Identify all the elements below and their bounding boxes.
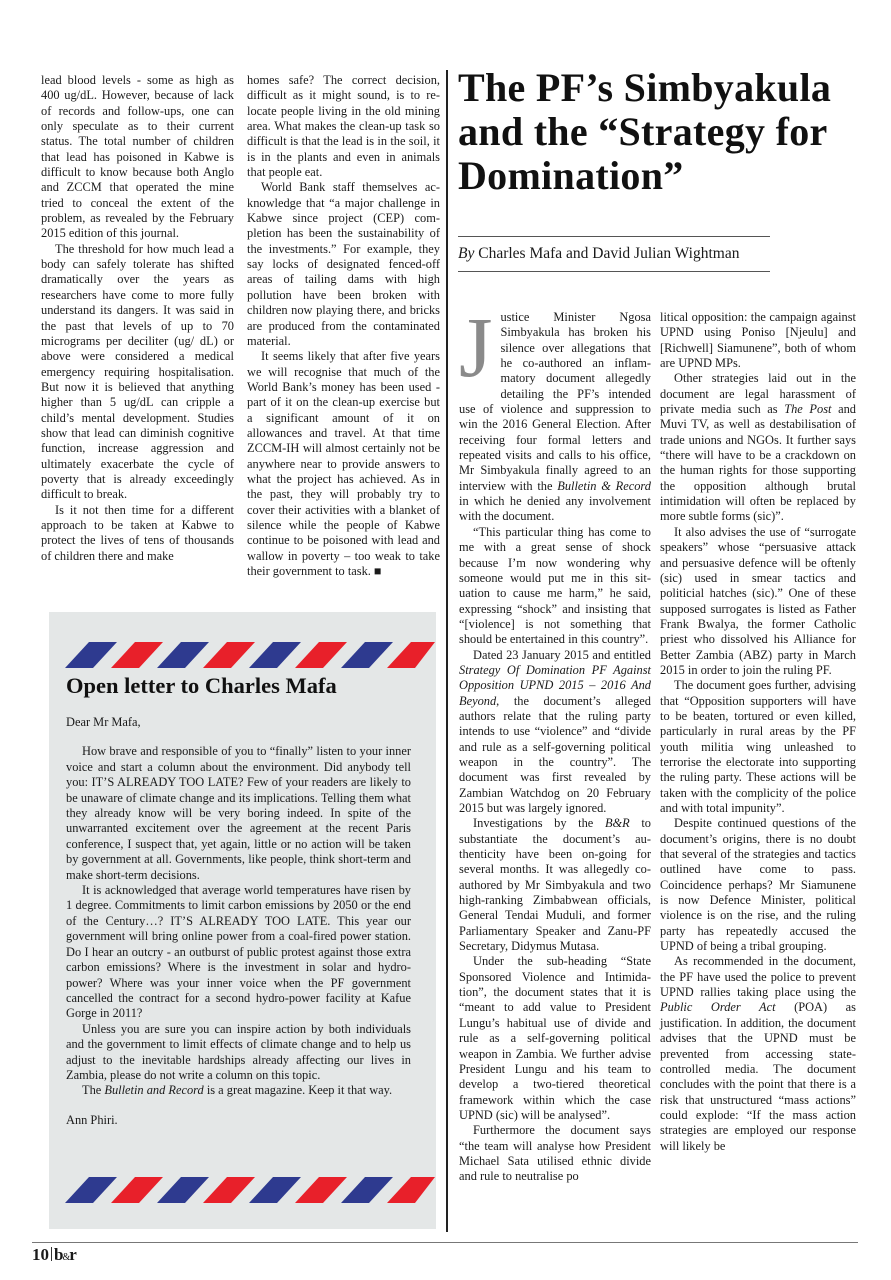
paragraph: Under the sub-heading “State Sponsored V… xyxy=(459,954,651,1123)
drop-cap: J xyxy=(459,310,492,388)
publication-name: The Post xyxy=(784,402,831,416)
folio-divider xyxy=(51,1247,52,1261)
text: As recommended in the docu­ment, the PF … xyxy=(660,954,856,999)
text: The xyxy=(82,1083,104,1097)
paragraph: Investigations by the B&R to substantiat… xyxy=(459,816,651,954)
text: , the document’s alleged authors relate … xyxy=(459,694,651,815)
byline-authors: Charles Mafa and David Julian Wightman xyxy=(474,245,739,262)
open-letter-box: Open letter to Charles Mafa Dear Mr Mafa… xyxy=(49,612,436,1229)
paragraph: How brave and responsible of you to “fin… xyxy=(66,744,411,883)
main-article-column-1: Justice Minister Ngosa Simbyakula has br… xyxy=(459,310,651,1185)
text: is a great magazine. Keep it that way. xyxy=(204,1083,392,1097)
paragraph: lead blood levels - some as high as 400 … xyxy=(41,73,234,242)
text: in which he denied any in­volvement with… xyxy=(459,494,651,523)
paragraph: “This particular thing has come to me wi… xyxy=(459,525,651,648)
page-number: 10 xyxy=(32,1245,49,1264)
paragraph: litical opposition: the campaign against… xyxy=(660,310,856,371)
paragraph: Justice Minister Ngosa Simbyakula has br… xyxy=(459,310,651,525)
paragraph: It seems likely that after five years we… xyxy=(247,349,440,579)
magazine-logo: b&r xyxy=(54,1245,76,1264)
byline: By Charles Mafa and David Julian Wightma… xyxy=(458,236,770,272)
paragraph: Unless you are sure you can inspire acti… xyxy=(66,1022,411,1084)
text: to substantiate the document’s au­thenti… xyxy=(459,816,651,953)
paragraph: The threshold for how much lead a body c… xyxy=(41,242,234,503)
paragraph: Despite continued questions of the docum… xyxy=(660,816,856,954)
text: and Muvi TV, as well as destabilisation … xyxy=(660,402,856,523)
footer-rule xyxy=(32,1242,858,1243)
paragraph: homes safe? The correct decision, diffic… xyxy=(247,73,440,180)
logo-r: r xyxy=(69,1245,76,1264)
paragraph: World Bank staff themselves ac­knowledge… xyxy=(247,180,440,349)
magazine-name: Bulletin and Record xyxy=(104,1083,203,1097)
paragraph-text: It seems likely that after five years we… xyxy=(247,349,440,578)
end-of-article-mark-icon: ■ xyxy=(374,564,381,578)
airmail-stripes-top-icon xyxy=(65,642,435,668)
act-name: Public Order Act xyxy=(660,1000,776,1014)
airmail-stripes-bottom-icon xyxy=(65,1177,435,1203)
page-folio: 10b&r xyxy=(32,1245,76,1268)
letter-title: Open letter to Charles Mafa xyxy=(66,672,426,700)
paragraph: Other strategies laid out in the documen… xyxy=(660,371,856,524)
letter-salutation: Dear Mr Mafa, xyxy=(66,715,411,730)
left-article-column-1: lead blood levels - some as high as 400 … xyxy=(41,73,234,564)
paragraph: Furthermore the document says “the team … xyxy=(459,1123,651,1184)
publication-abbrev: B&R xyxy=(605,816,630,830)
text: Dated 23 January 2015 and en­titled xyxy=(473,648,651,662)
paragraph: Dated 23 January 2015 and en­titled Stra… xyxy=(459,648,651,817)
paragraph: The document goes further, ad­vising tha… xyxy=(660,678,856,816)
letter-body: Dear Mr Mafa, How brave and responsible … xyxy=(66,715,411,1128)
left-article-column-2: homes safe? The correct decision, diffic… xyxy=(247,73,440,579)
publication-name: Bulletin & Record xyxy=(557,479,651,493)
paragraph: It also advises the use of “surro­gate s… xyxy=(660,525,856,678)
paragraph: It is acknowledged that average world te… xyxy=(66,883,411,1022)
paragraph: The Bulletin and Record is a great magaz… xyxy=(66,1083,411,1098)
text: (POA) as justification. In addi­tion, th… xyxy=(660,1000,856,1152)
article-headline: The PF’s Simbyakula and the “Strategy fo… xyxy=(458,66,858,198)
paragraph: As recommended in the docu­ment, the PF … xyxy=(660,954,856,1153)
text: Investigations by the xyxy=(473,816,605,830)
main-article-column-2: litical opposition: the campaign against… xyxy=(660,310,856,1154)
letter-signoff: Ann Phiri. xyxy=(66,1113,411,1128)
column-divider xyxy=(446,70,448,1232)
paragraph: Is it not then time for a different appr… xyxy=(41,503,234,564)
byline-prefix: By xyxy=(458,245,474,262)
